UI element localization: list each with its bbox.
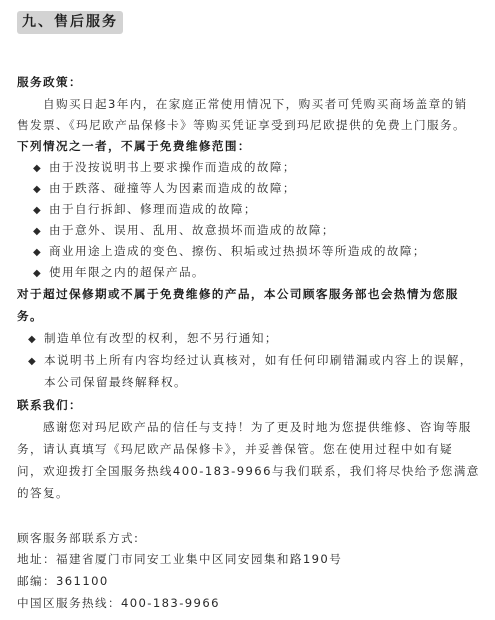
address-value: 福建省厦门市同安工业集中区同安园集和路190号: [56, 552, 342, 566]
out-of-warranty-line: 务。: [17, 308, 43, 324]
exclusion-item: ◆由于没按说明书上要求操作而造成的故障；: [33, 159, 296, 177]
address-label: 地址：: [17, 552, 56, 566]
policy-heading: 服务政策：: [17, 74, 82, 90]
exclusion-item: ◆由于意外、误用、乱用、故意损坏而造成的故障；: [33, 222, 335, 240]
exclusion-item: ◆由于跌落、碰撞等人为因素而造成的故障；: [33, 180, 296, 198]
service-dept-heading: 顾客服务部联系方式:: [17, 530, 139, 546]
contact-heading: 联系我们：: [17, 397, 82, 413]
note-item: ◆制造单位有改型的权利，恕不另行通知；: [28, 330, 278, 348]
postcode-value: 361100: [56, 574, 109, 588]
address-line: 地址：福建省厦门市同安工业集中区同安园集和路190号: [17, 551, 342, 567]
postcode-label: 邮编：: [17, 574, 56, 588]
policy-paragraph-line: 自购买日起3年内，在家庭正常使用情况下，购买者可凭购买商场盖章的销: [17, 96, 468, 112]
diamond-bullet-icon: ◆: [33, 203, 49, 219]
contact-paragraph-line: 问，欢迎拨打全国服务热线400-183-9966与我们联系，我们将尽快给予您满意: [17, 463, 480, 479]
hotline-line: 中国区服务热线：400-183-9966: [17, 595, 220, 611]
diamond-bullet-icon: ◆: [33, 266, 49, 282]
diamond-bullet-icon: ◆: [33, 182, 49, 198]
policy-paragraph-line: 售发票、《玛尼欧产品保修卡》等购买凭证享受到玛尼欧提供的免费上门服务。: [17, 117, 466, 133]
exclusion-item: ◆使用年限之内的超保产品。: [33, 264, 205, 282]
hotline-value: 400-183-9966: [121, 596, 220, 610]
section-title: 九、售后服务: [17, 11, 123, 34]
contact-paragraph-line: 感谢您对玛尼欧产品的信任与支持！为了更及时地为您提供维修、咨询等服: [17, 419, 472, 435]
diamond-bullet-icon: ◆: [28, 354, 44, 370]
out-of-warranty-line: 对于超过保修期或不属于免费维修的产品，本公司顾客服务部也会热情为您服: [17, 286, 459, 302]
postcode-line: 邮编：361100: [17, 573, 109, 589]
note-item: ◆本说明书上所有内容均经过认真核对，如有任何印刷错漏或内容上的误解，: [28, 352, 473, 370]
exclusion-item: ◆商业用途上造成的变色、擦伤、积垢或过热损坏等所造成的故障；: [33, 243, 426, 261]
contact-paragraph-line: 务，请认真填写《玛尼欧产品保修卡》，并妥善保管。您在使用过程中如有疑: [17, 441, 453, 457]
diamond-bullet-icon: ◆: [28, 332, 44, 348]
exclusion-item: ◆由于自行拆卸、修理而造成的故障；: [33, 201, 257, 219]
diamond-bullet-icon: ◆: [33, 245, 49, 261]
note-item-continuation: 本公司保留最终解释权。: [44, 374, 187, 390]
diamond-bullet-icon: ◆: [33, 161, 49, 177]
exclusions-heading: 下列情况之一者，不属于免费维修范围：: [17, 138, 251, 154]
diamond-bullet-icon: ◆: [33, 224, 49, 240]
hotline-label: 中国区服务热线：: [17, 596, 121, 610]
contact-paragraph-line: 的答复。: [17, 485, 69, 501]
